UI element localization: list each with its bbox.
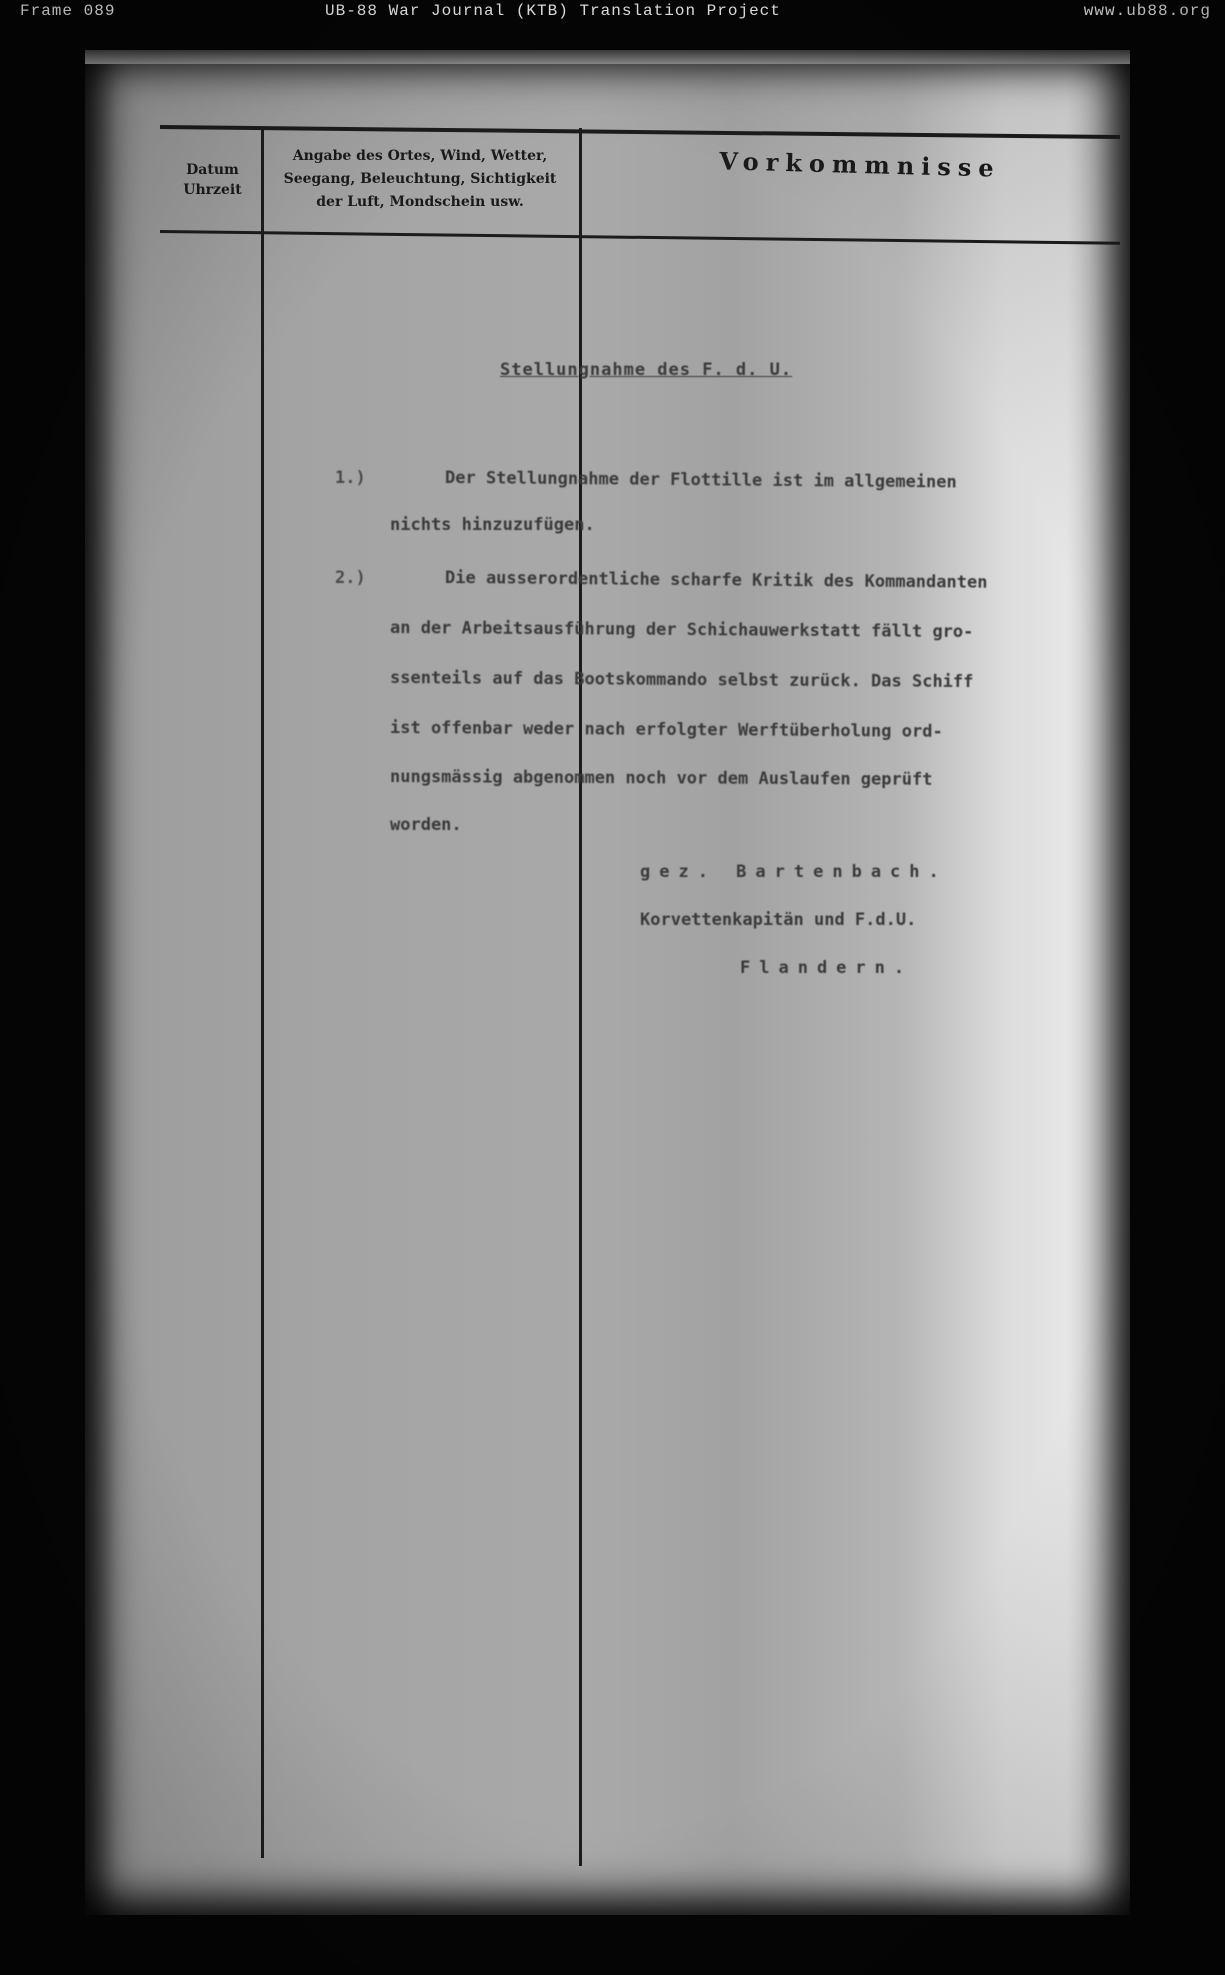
item-text-line: an der Arbeitsausführung der Schichauwer… — [390, 618, 974, 642]
frame-number: Frame 089 — [20, 2, 115, 20]
document-heading: Stellungnahme des F. d. U. — [500, 360, 792, 380]
signature-location: Flandern. — [740, 958, 913, 978]
column-header-ort-line: Angabe des Ortes, Wind, Wetter, — [265, 145, 575, 168]
column-header-ort-line: Seegang, Beleuchtung, Sichtigkeit — [265, 168, 575, 191]
item-text-line: worden. — [390, 815, 462, 835]
header-top-rule — [160, 125, 1120, 139]
signature-rank: Korvettenkapitän und F.d.U. — [640, 910, 916, 930]
item-text-line: Die ausserordentliche scharfe Kritik des… — [445, 568, 988, 593]
column-header-ort: Angabe des Ortes, Wind, Wetter, Seegang,… — [265, 145, 575, 214]
column-header-ort-line: der Luft, Mondschein usw. — [265, 191, 575, 214]
header-bar: Frame 089 UB-88 War Journal (KTB) Transl… — [0, 0, 1225, 26]
column-header-uhrzeit-line: Uhrzeit — [170, 180, 255, 200]
item-text-line: ist offenbar weder nach erfolgter Werftü… — [390, 718, 943, 742]
header-bottom-rule — [160, 230, 1120, 245]
column-header-datum: Datum Uhrzeit — [170, 160, 255, 200]
item-text-line: Der Stellungnahme der Flottille ist im a… — [445, 468, 957, 492]
column-divider-2 — [579, 128, 582, 1866]
scanned-page: Datum Uhrzeit Angabe des Ortes, Wind, We… — [85, 50, 1130, 1915]
column-divider-1 — [261, 128, 264, 1858]
project-url: www.ub88.org — [1084, 2, 1211, 20]
column-header-vorkommnisse: Vorkommnisse — [685, 145, 1036, 183]
column-header-datum-line: Datum — [170, 160, 255, 180]
page-top-edge — [85, 50, 1130, 64]
item-number: 2.) — [335, 568, 366, 588]
signature-name: gez. Bartenbach. — [640, 862, 948, 882]
item-text-line: nungsmässig abgenommen noch vor dem Ausl… — [390, 767, 933, 790]
item-number: 1.) — [335, 468, 366, 488]
project-title: UB-88 War Journal (KTB) Translation Proj… — [325, 2, 781, 20]
item-text-line: nichts hinzuzufügen. — [390, 515, 595, 535]
item-text-line: ssenteils auf das Bootskommando selbst z… — [390, 668, 974, 692]
